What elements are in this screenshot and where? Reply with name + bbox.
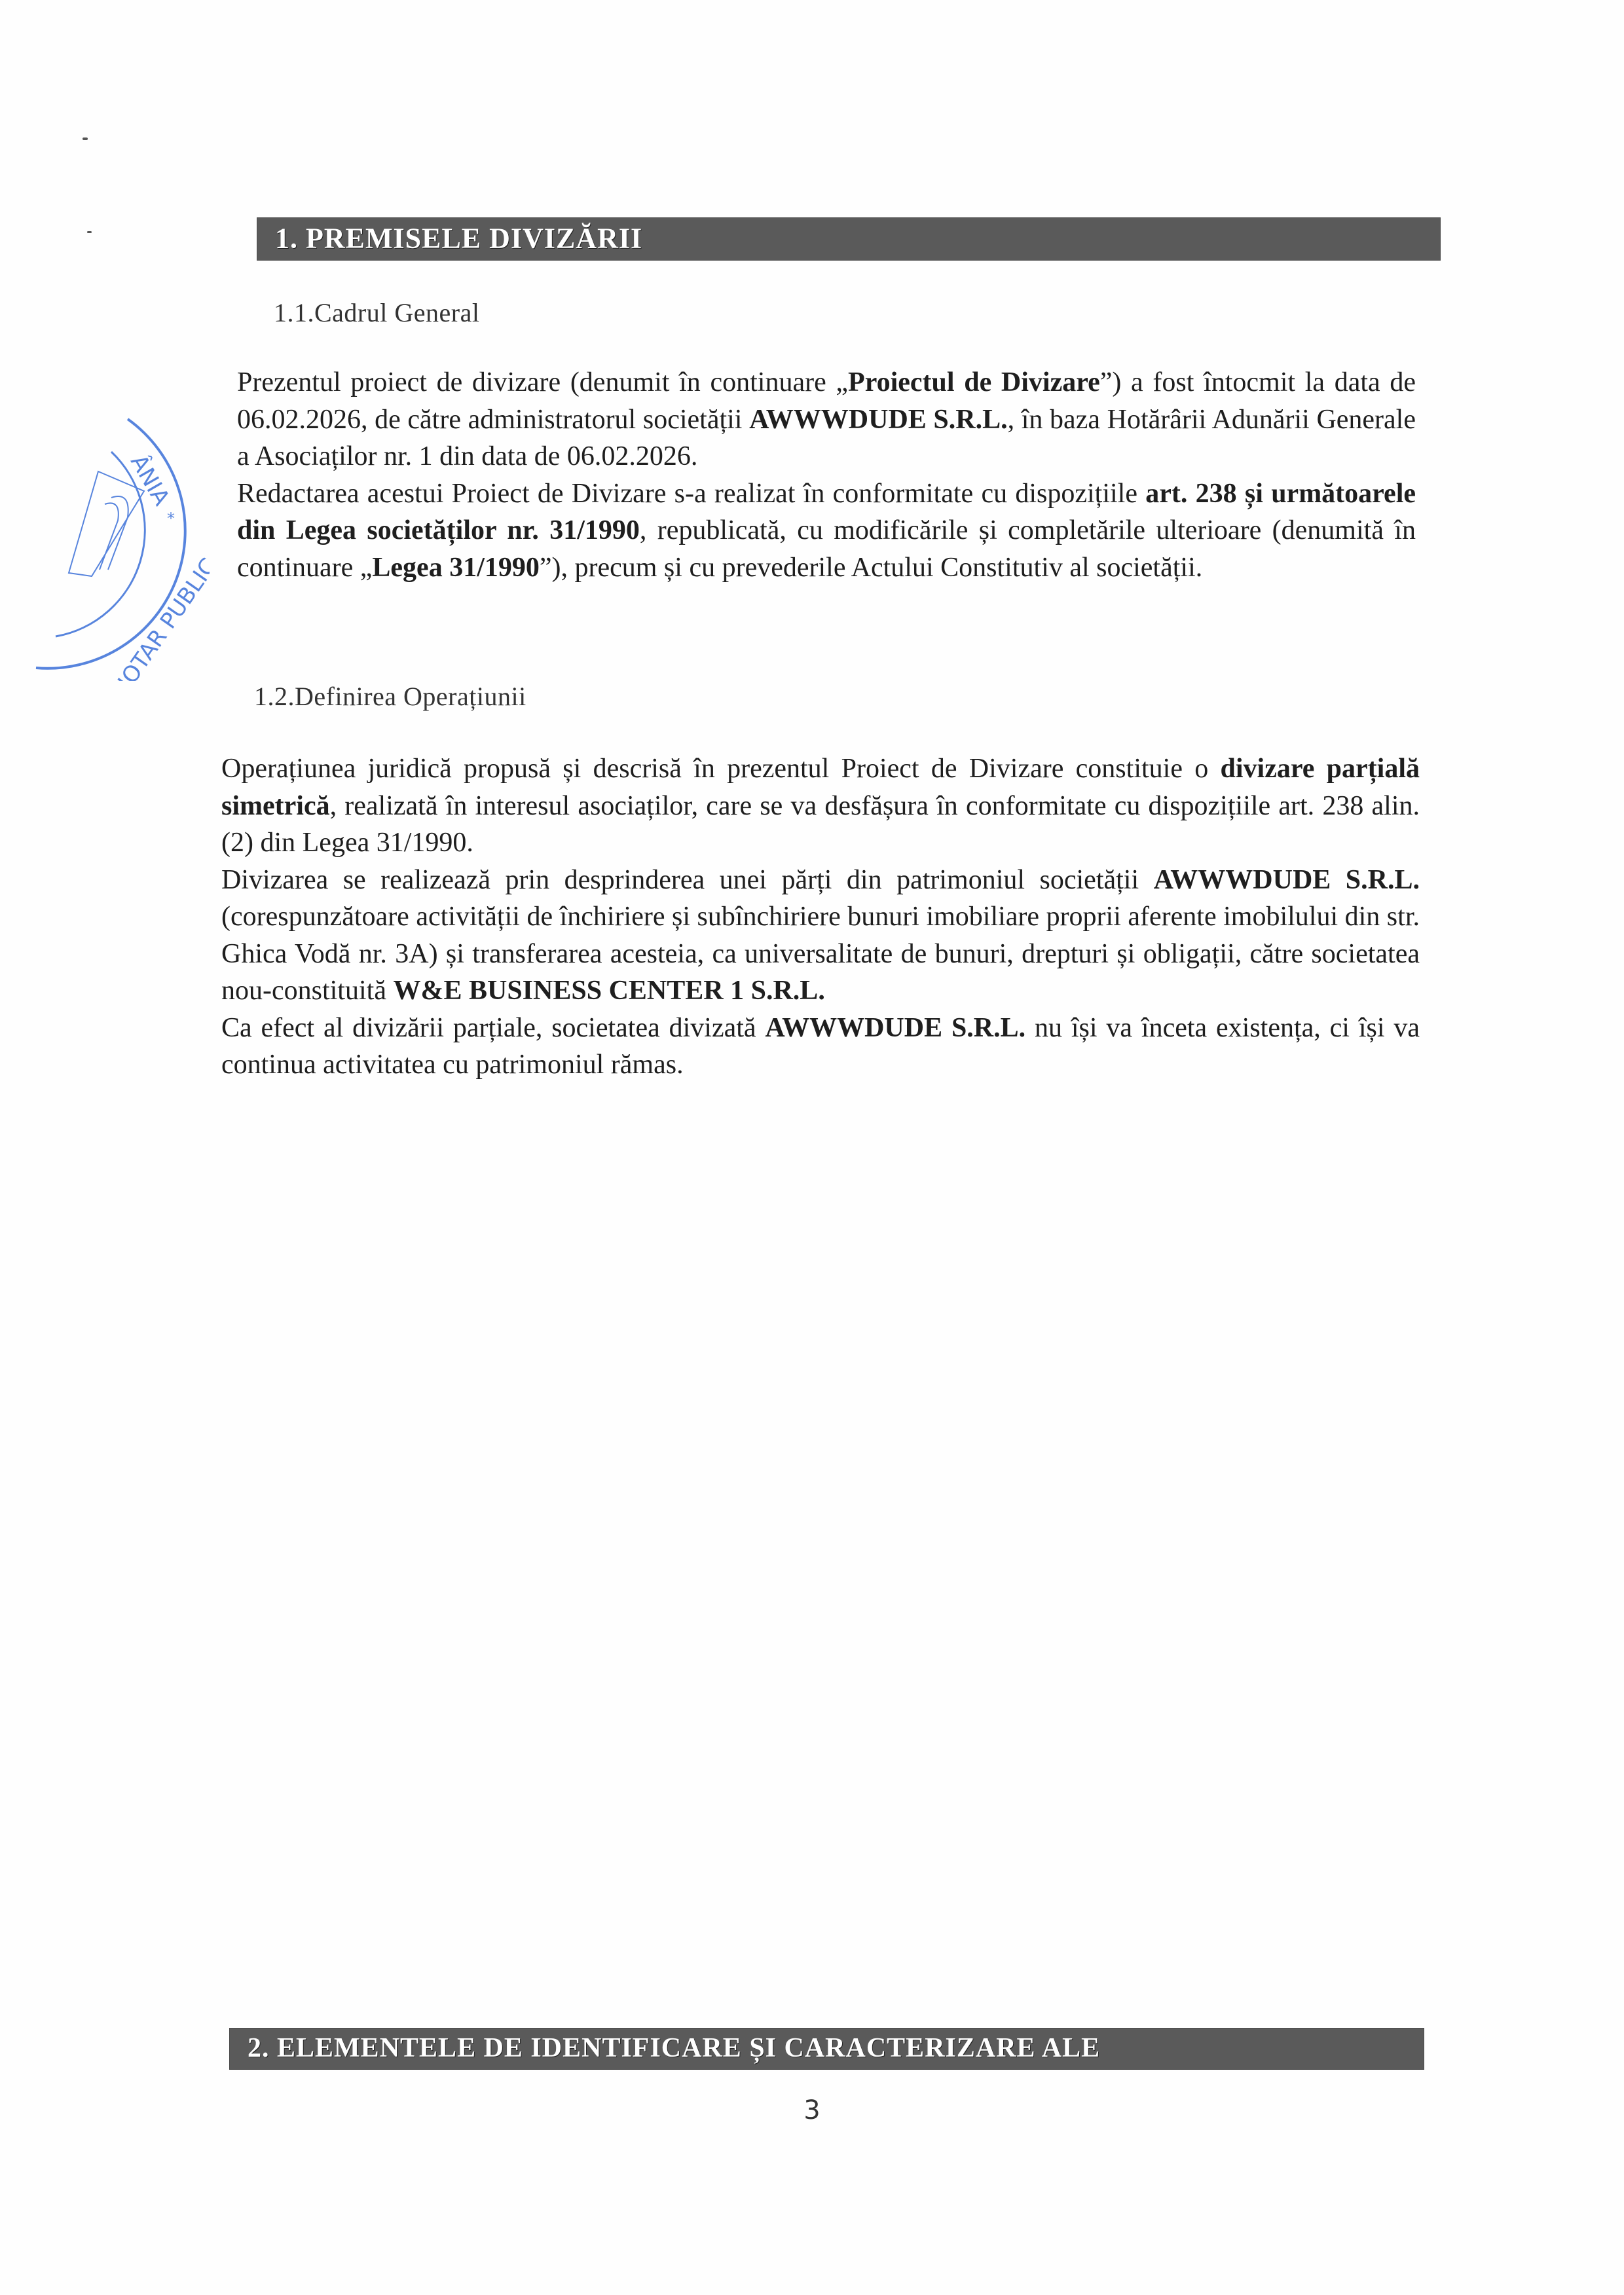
subsection-1-1-body: Prezentul proiect de divizare (denumit î… xyxy=(237,364,1416,586)
svg-text:NOTAR PUBLIC: NOTAR PUBLIC xyxy=(107,553,210,681)
paragraph: Redactarea acestui Proiect de Divizare s… xyxy=(237,475,1416,587)
section-2-heading-text: 2. ELEMENTELE DE IDENTIFICARE ȘI CARACTE… xyxy=(248,2032,1100,2064)
subsection-1-2-body: Operațiunea juridică propusă și descrisă… xyxy=(221,750,1420,1084)
scan-speck xyxy=(83,138,88,140)
notary-stamp-icon: ÂNIA * NOTAR PUBLIC xyxy=(13,393,210,681)
scan-speck xyxy=(87,231,92,233)
section-1-heading: 1. PREMISELE DIVIZĂRII xyxy=(257,217,1441,261)
subsection-1-2-title: 1.2.Definirea Operațiunii xyxy=(254,681,526,712)
section-1-heading-text: 1. PREMISELE DIVIZĂRII xyxy=(275,221,642,255)
paragraph: Prezentul proiect de divizare (denumit î… xyxy=(237,364,1416,475)
svg-text:*: * xyxy=(167,509,175,528)
paragraph: Divizarea se realizează prin desprindere… xyxy=(221,862,1420,1010)
subsection-1-1-title: 1.1.Cadrul General xyxy=(274,297,479,328)
page-number: 3 xyxy=(0,2095,1624,2125)
document-page: ÂNIA * NOTAR PUBLIC 1. PREMISELE DIVIZĂR… xyxy=(0,0,1624,2295)
paragraph: Ca efect al divizării parțiale, societat… xyxy=(221,1010,1420,1084)
section-2-heading: 2. ELEMENTELE DE IDENTIFICARE ȘI CARACTE… xyxy=(229,2028,1424,2070)
paragraph: Operațiunea juridică propusă și descrisă… xyxy=(221,750,1420,862)
